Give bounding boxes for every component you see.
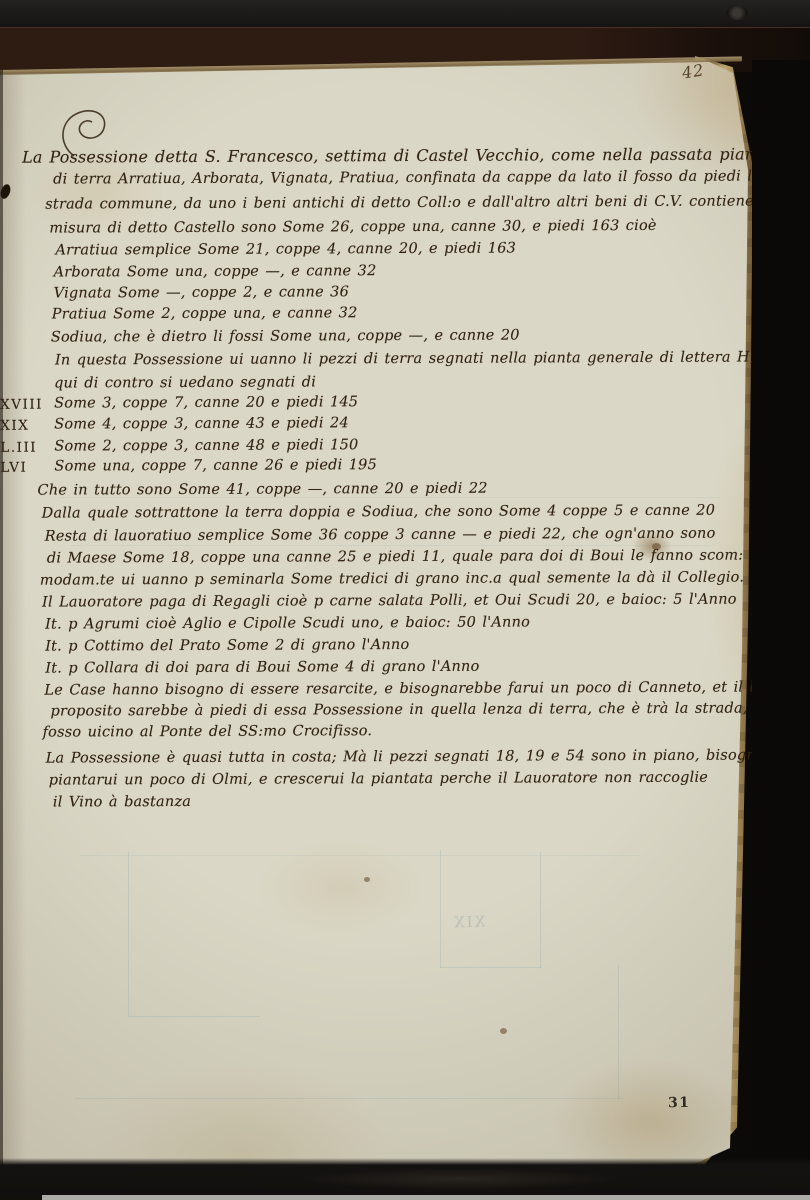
manuscript-line: It. p Collara di doi para di Boui Some 4…	[45, 659, 479, 677]
manuscript-text: La Possessione detta S. Francesco, setti…	[0, 0, 810, 1200]
manuscript-line: It. p Cottimo del Prato Some 2 di grano …	[45, 637, 409, 655]
manuscript-line: Dalla quale sottrattone la terra doppia …	[42, 503, 716, 522]
manuscript-line: Arborata Some una, coppe —, e canne 32	[54, 263, 377, 280]
archive-page-stamp: 31	[668, 1095, 691, 1111]
manuscript-line: Il Lauoratore paga di Regagli cioè p car…	[42, 592, 737, 611]
manuscript-line: qui di contro si uedano segnati di	[54, 374, 316, 391]
manuscript-line: La Possessione detta S. Francesco, setti…	[22, 144, 810, 167]
manuscript-line: La Possessione è quasi tutta in costa; M…	[46, 747, 809, 766]
manuscript-line: In questa Possessione ui uanno li pezzi …	[55, 349, 810, 368]
manuscript-line: Some 3, coppe 7, canne 20 e piedi 145	[54, 394, 358, 411]
margin-numeral: XIX	[0, 418, 29, 434]
manuscript-line: Some 2, coppe 3, canne 48 e piedi 150	[54, 437, 358, 454]
manuscript-line: di terra Arratiua, Arborata, Vignata, Pr…	[53, 168, 761, 187]
manuscript-line: di Maese Some 18, coppe una canne 25 e p…	[47, 548, 744, 567]
manuscript-line: Some 4, coppe 3, canne 43 e piedi 24	[54, 415, 349, 432]
manuscript-line: Vignata Some —, coppe 2, e canne 36	[54, 284, 349, 301]
manuscript-line: Che in tutto sono Some 41, coppe —, cann…	[37, 481, 487, 499]
manuscript-line: It. p Agrumi cioè Aglio e Cipolle Scudi …	[45, 614, 530, 632]
manuscript-line: Le Case hanno bisogno di essere resarcit…	[44, 679, 806, 698]
manuscript-line: modam.te ui uanno p seminarla Some tredi…	[40, 570, 744, 589]
manuscript-line: strada commune, da uno i beni antichi di…	[45, 193, 787, 212]
scanner-bed-edge	[42, 1195, 810, 1200]
scanner-reflection	[300, 1168, 620, 1190]
margin-numeral: XVIII	[0, 397, 43, 413]
manuscript-line: piantarui un poco di Olmi, e crescerui l…	[49, 770, 708, 789]
background-void	[752, 60, 810, 1200]
manuscript-line: Sodiua, che è dietro li fossi Some una, …	[51, 327, 520, 345]
manuscript-line: proposito sarebbe à piedi di essa Posses…	[50, 700, 778, 719]
manuscript-line: Resta di lauoratiuo semplice Some 36 cop…	[45, 526, 716, 545]
manuscript-line: fosso uicino al Ponte del SS:mo Crocifis…	[43, 723, 373, 740]
folio-number: 42	[681, 60, 706, 82]
manuscript-line: misura di detto Castello sono Some 26, c…	[49, 218, 656, 237]
manuscript-scan: XIX La Possessione detta S. Francesco, s…	[0, 0, 810, 1200]
margin-numeral: LVI	[0, 460, 27, 476]
manuscript-line: il Vino à bastanza	[53, 794, 191, 811]
margin-numeral: L.III	[0, 440, 37, 456]
manuscript-line: Arratiua semplice Some 21, coppe 4, cann…	[55, 241, 516, 259]
manuscript-line: Pratiua Some 2, coppe una, e canne 32	[52, 305, 358, 322]
manuscript-line: Some una, coppe 7, canne 26 e piedi 195	[54, 457, 377, 474]
